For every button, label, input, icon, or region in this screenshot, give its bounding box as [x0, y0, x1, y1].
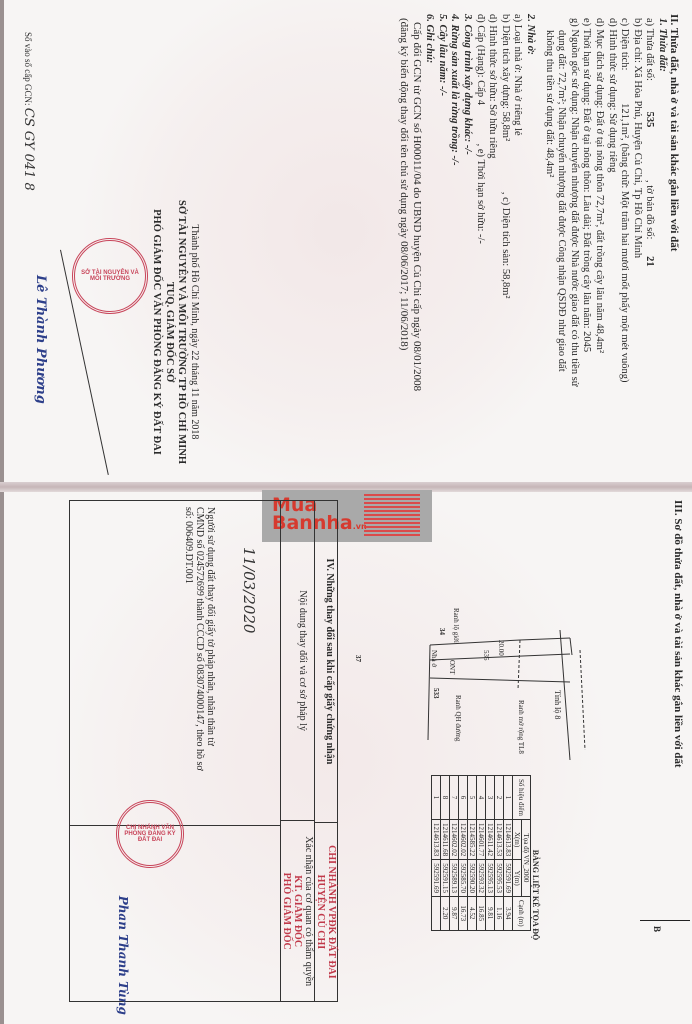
coordinate-row: 31214611.42592595.139.81: [486, 776, 495, 931]
north-arrow-icon: [640, 920, 690, 921]
house-type: a) Loại nhà ở: Nhà ở riêng lẻ: [511, 14, 524, 391]
map-sheet-number: 21: [644, 256, 655, 267]
coordinate-table-title: BẢNG LIỆT KÊ TỌA ĐỘ: [531, 775, 540, 1015]
house-grade-row: đ) Cấp (Hạng): Cấp 4 , e) Thời hạn sở hữ…: [473, 14, 486, 391]
north-label: B: [652, 926, 662, 932]
production-forest: 4. Rừng sản xuất là rừng trồng: -/-: [448, 14, 461, 391]
office-role-1: KT. GIÁM ĐỐC: [292, 821, 303, 1001]
house-ownership: d) Hình thức sở hữu: Sở hữu riêng: [486, 14, 499, 391]
certificate-page: II. Thửa đất, nhà ở và tài sản khác gắn …: [0, 0, 692, 1024]
section-land-info: II. Thửa đất, nhà ở và tài sản khác gắn …: [398, 14, 680, 391]
boundary-label: Ranh lộ giới: [452, 608, 460, 643]
parcel-label: 535: [482, 650, 490, 661]
neighbor-533: 533: [432, 688, 440, 699]
issuing-org: SỞ TÀI NGUYÊN VÀ MÔI TRƯỜNG TP HỒ CHÍ MI…: [175, 200, 188, 464]
coordinate-row: 21214613.53592595.531.16: [495, 776, 504, 931]
land-heading: 1. Thửa đất:: [655, 14, 668, 391]
neighbor-37: 37: [354, 655, 362, 662]
office-role-2: PHÓ GIÁM ĐỐC: [281, 821, 292, 1001]
change-date: 11/03/2020: [240, 507, 258, 819]
signing-block: Thành phố Hồ Chí Minh, ngày 22 tháng 11 …: [150, 200, 200, 464]
address: b) Địa chỉ: Xã Hòa Phú, Huyện Củ Chi, Tp…: [630, 14, 643, 391]
building-icon: [364, 494, 420, 536]
notes-heading: 6. Ghi chú:: [423, 14, 436, 391]
usage-term: e) Thời hạn sử dụng: Đất ở tại nông thôn…: [580, 14, 593, 391]
parcel-number: 535: [644, 112, 655, 128]
house-heading: 2. Nhà ở:: [523, 14, 536, 391]
usage-origin-2: dụng đất: 72,7m²; Nhận chuyển nhượng đất…: [555, 14, 568, 391]
ownership-term: , e) Thời hạn sở hữu: -/-: [475, 144, 486, 244]
coordinate-row: 51214585.22592590.204.52: [468, 776, 477, 931]
usage-form: d) Hình thức sử dụng: Sử dụng riêng: [605, 14, 618, 391]
scan-edge: [0, 0, 4, 1024]
place-date: Thành phố Hồ Chí Minh, ngày 22 tháng 11 …: [187, 200, 200, 464]
area-row: c) Diện tích: 121,1m², (bằng chữ: Một tr…: [618, 14, 631, 391]
confirm-column-header: Xác nhận của cơ quan có thẩm quyền: [303, 821, 314, 1001]
usage-origin-3: không thu tiền sử dụng đất: 48,4m²: [542, 14, 555, 391]
parcel-number-row: a) Thửa đất số: 535 , tờ bản đồ số: 21: [643, 14, 656, 391]
note-line-2: (đăng ký biến động thay đổi tên chủ sử d…: [398, 14, 411, 391]
section3-title: III. Sơ đồ thửa đất, nhà ở và tài sản kh…: [672, 500, 684, 768]
content-column-header: Nội dung thay đổi và cơ sở pháp lý: [281, 501, 314, 820]
road-plan-label: Ranh QH đường: [454, 695, 462, 741]
house-floor-area: , c) Diện tích sàn: 58,8m²: [500, 192, 511, 299]
change-signer-name: Phan Thanh Tùng: [116, 896, 130, 1015]
coordinate-table: Số hiệu điểm Tọa độ VN_2000 Cạnh (m) X(m…: [431, 775, 531, 931]
other-construction: 3. Công trình xây dựng khác: -/-: [461, 14, 474, 391]
change-content-1: Người sử dụng đất thay đổi giấy tờ pháp …: [205, 507, 216, 819]
perennial-trees: 5. Cây lâu năm: -/-: [435, 14, 448, 391]
coordinate-row: 61214602.02592585.7016.73: [459, 776, 468, 931]
area-value: 121,1m², (bằng chữ: Một trăm hai mươi mố…: [619, 103, 630, 382]
branch-stamp: CHI NHÁNH VĂN PHÒNG ĐĂNG KÝ ĐẤT ĐAI: [116, 800, 184, 868]
note-line-1: Cấp đổi GCN từ GCN số H00011/04 do UBND …: [410, 14, 423, 391]
neighbor-34: 34: [438, 628, 446, 635]
coordinate-table-block: BẢNG LIỆT KÊ TỌA ĐỘ Số hiệu điểm Tọa độ …: [431, 775, 540, 1015]
coordinate-row: 41214601.77592593.3216.85: [477, 776, 486, 931]
house-label: Nhà ở: [430, 650, 438, 667]
change-content-2: CMND số 024572699 thành CCCD số 08307400…: [194, 507, 205, 819]
authorization: TUQ. GIÁM ĐỐC SỞ: [162, 200, 175, 464]
register-number-row: Số vào sổ cấp GCN: CS GY 041 8: [21, 32, 36, 191]
signer-role: PHÓ GIÁM ĐỐC VĂN PHÒNG ĐĂNG KÝ ĐẤT ĐAI: [150, 200, 163, 464]
house-build-area-row: b) Diện tích xây dựng: 58,8m² , c) Diện …: [498, 14, 511, 391]
signer-name: Lê Thành Phương: [33, 275, 48, 404]
register-number: CS GY 041 8: [21, 108, 36, 191]
coordinate-row: 11214613.83592591.693.94: [504, 776, 513, 931]
changes-section: IV. Những thay đổi sau khi cấp giấy chứn…: [69, 500, 338, 1002]
usage-origin-1: g) Nguồn gốc sử dụng: Nhận chuyển nhượng…: [567, 14, 580, 391]
usage-purpose: d) Mục đích sử dụng: Đất ở tại nông thôn…: [592, 14, 605, 391]
parcel-diagram: [420, 590, 600, 760]
coordinate-row: 71214602.02592589.139.87: [450, 776, 459, 931]
coordinate-row: 81214611.68592591.152.20: [441, 776, 450, 931]
coordinate-row: 11214613.83592591.69: [432, 776, 441, 931]
ont-label: ONT: [448, 660, 456, 674]
section2-title: II. Thửa đất, nhà ở và tài sản khác gắn …: [668, 14, 680, 391]
official-stamp: SỞ TÀI NGUYÊN VÀ MÔI TRƯỜNG: [72, 238, 148, 314]
office-name-2: HUYỆN CỦ CHI: [315, 823, 326, 1001]
section4-title: IV. Những thay đổi sau khi cấp giấy chứn…: [315, 501, 337, 822]
office-name-1: CHI NHÁNH VPĐK ĐẤT ĐAI: [326, 823, 337, 1001]
change-content-3: số: 006409.DT.001: [183, 507, 194, 819]
dim-20: 20.00: [497, 640, 505, 656]
road-label: Tỉnh lộ 8: [553, 690, 562, 719]
canal-label: Ranh mở rộng TL8: [517, 700, 525, 754]
